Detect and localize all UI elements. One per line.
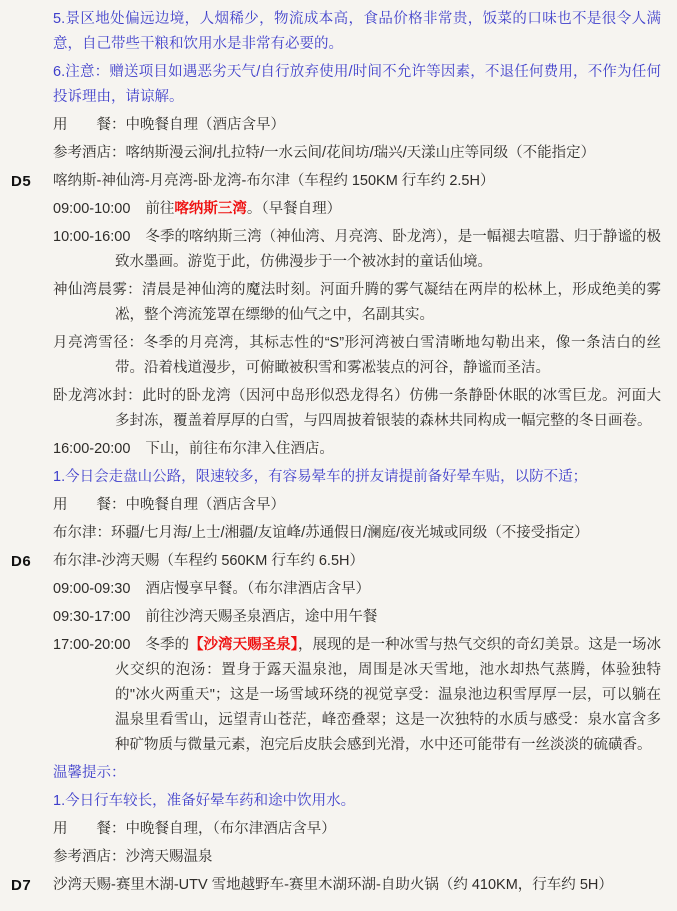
body-text: 卧龙湾冰封：此时的卧龙湾（因河中岛形似恐龙得名）仿佛一条静卧休眠的冰雪巨龙。河面…: [53, 388, 661, 429]
body-text: 用 餐：中晚餐自理（酒店含早）: [53, 497, 285, 513]
paragraph-d5-1600: 16:00-20:00下山，前往布尔津入住酒店。: [53, 437, 661, 462]
row-note-5: 5.景区地处偏远边境，人烟稀少，物流成本高，食品价格非常贵，饭菜的口味也不是很令…: [0, 7, 661, 60]
note-blue-text: 6.注意：赠送项目如遇恶劣天气/自行放弃使用/时间不允许等因素，不退任何费用，不…: [53, 64, 661, 105]
row-d5-wolongwan: 卧龙湾冰封：此时的卧龙湾（因河中岛形似恐龙得名）仿佛一条静卧休眠的冰雪巨龙。河面…: [0, 384, 661, 437]
body-text: 参考酒店：喀纳斯漫云涧/扎拉特/一水云间/花间坊/瑞兴/天漾山庄等同级（不能指定…: [53, 145, 595, 161]
row-d5-tip: 1.今日会走盘山公路，限速较多，有容易晕车的拼友请提前备好晕车贴，以防不适；: [0, 465, 661, 493]
row-d6-0900: 09:00-09:30酒店慢享早餐。（布尔津酒店含早）: [0, 577, 661, 605]
body-text: 下山，前往布尔津入住酒店。: [145, 441, 334, 457]
paragraph-d6-title: 布尔津-沙湾天赐（车程约 560KM 行车约 6.5H）: [53, 549, 661, 574]
body-text: 沙湾天赐-赛里木湖-UTV 雪地越野车-赛里木湖环湖-自助火锅（约 410KM，…: [53, 877, 613, 893]
row-d5-title: D5喀纳斯-神仙湾-月亮湾-卧龙湾-布尔津（车程约 150KM 行车约 2.5H…: [0, 169, 661, 197]
paragraph-d6-warm-tip-title: 温馨提示：: [53, 761, 661, 786]
body-text: 用 餐：中晚餐自理（酒店含早）: [53, 117, 285, 133]
note-blue-text: 1.今日行车较长，准备好晕车药和途中饮用水。: [53, 793, 355, 809]
row-d6-warm-tip-title: 温馨提示：: [0, 761, 661, 789]
row-d5-yueliangwan: 月亮湾雪径：冬季的月亮湾，其标志性的“S”形河湾被白雪清晰地勾勒出来，像一条洁白…: [0, 331, 661, 384]
paragraph-d5-tip: 1.今日会走盘山公路，限速较多，有容易晕车的拼友请提前备好晕车贴，以防不适；: [53, 465, 661, 490]
highlight-red-text: 【沙湾天赐圣泉】: [189, 637, 298, 653]
row-d5-shenxianwan: 神仙湾晨雾：清晨是神仙湾的魔法时刻。河面升腾的雾气凝结在两岸的松林上，形成绝美的…: [0, 278, 661, 331]
body-text: 前往沙湾天赐圣泉酒店，途中用午餐: [145, 609, 377, 625]
row-d6-1700: 17:00-20:00冬季的【沙湾天赐圣泉】，展现的是一种冰雪与热气交织的奇幻美…: [0, 633, 661, 761]
body-text: 冬季的喀纳斯三湾（神仙湾、月亮湾、卧龙湾），是一幅褪去喧嚣、归于静谧的极致水墨画…: [115, 229, 661, 270]
row-d4-hotels: 参考酒店：喀纳斯漫云涧/扎拉特/一水云间/花间坊/瑞兴/天漾山庄等同级（不能指定…: [0, 141, 661, 169]
time-range: 16:00-20:00: [53, 441, 130, 457]
paragraph-note-6: 6.注意：赠送项目如遇恶劣天气/自行放弃使用/时间不允许等因素，不退任何费用，不…: [53, 60, 661, 110]
paragraph-d5-title: 喀纳斯-神仙湾-月亮湾-卧龙湾-布尔津（车程约 150KM 行车约 2.5H）: [53, 169, 661, 194]
note-blue-text: 1.今日会走盘山公路，限速较多，有容易晕车的拼友请提前备好晕车贴，以防不适；: [53, 469, 587, 485]
paragraph-d6-tip: 1.今日行车较长，准备好晕车药和途中饮用水。: [53, 789, 661, 814]
row-d4-meals: 用 餐：中晚餐自理（酒店含早）: [0, 113, 661, 141]
row-d6-tip: 1.今日行车较长，准备好晕车药和途中饮用水。: [0, 789, 661, 817]
row-d5-1000: 10:00-16:00冬季的喀纳斯三湾（神仙湾、月亮湾、卧龙湾），是一幅褪去喧嚣…: [0, 225, 661, 278]
paragraph-d5-meals: 用 餐：中晚餐自理（酒店含早）: [53, 493, 661, 518]
time-range: 10:00-16:00: [53, 229, 130, 245]
body-text: 神仙湾晨雾：清晨是神仙湾的魔法时刻。河面升腾的雾气凝结在两岸的松林上，形成绝美的…: [53, 282, 661, 323]
row-d6-meals: 用 餐：中晚餐自理，（布尔津酒店含早）: [0, 817, 661, 845]
row-d5-meals: 用 餐：中晚餐自理（酒店含早）: [0, 493, 661, 521]
paragraph-d7-title: 沙湾天赐-赛里木湖-UTV 雪地越野车-赛里木湖环湖-自助火锅（约 410KM，…: [53, 873, 661, 898]
row-d6-title: D6布尔津-沙湾天赐（车程约 560KM 行车约 6.5H）: [0, 549, 661, 577]
note-blue-text: 温馨提示：: [53, 765, 126, 781]
row-d5-hotels: 布尔津：环疆/七月海/上士/湘疆/友谊峰/苏通假日/澜庭/夜光城或同级（不接受指…: [0, 521, 661, 549]
paragraph-d5-1000: 10:00-16:00冬季的喀纳斯三湾（神仙湾、月亮湾、卧龙湾），是一幅褪去喧嚣…: [53, 225, 661, 275]
row-d5-1600: 16:00-20:00下山，前往布尔津入住酒店。: [0, 437, 661, 465]
day-label-d7: D7: [0, 873, 53, 898]
paragraph-d4-hotels: 参考酒店：喀纳斯漫云涧/扎拉特/一水云间/花间坊/瑞兴/天漾山庄等同级（不能指定…: [53, 141, 661, 166]
body-text: 月亮湾雪径：冬季的月亮湾，其标志性的“S”形河湾被白雪清晰地勾勒出来，像一条洁白…: [53, 335, 661, 376]
highlight-red-text: 喀纳斯三湾: [174, 201, 247, 217]
body-text: 布尔津-沙湾天赐（车程约 560KM 行车约 6.5H）: [53, 553, 364, 569]
paragraph-d5-0900: 09:00-10:00前往喀纳斯三湾。（早餐自理）: [53, 197, 661, 222]
paragraph-d5-shenxianwan: 神仙湾晨雾：清晨是神仙湾的魔法时刻。河面升腾的雾气凝结在两岸的松林上，形成绝美的…: [53, 278, 661, 328]
time-range: 09:00-09:30: [53, 581, 130, 597]
paragraph-d4-meals: 用 餐：中晚餐自理（酒店含早）: [53, 113, 661, 138]
paragraph-d5-yueliangwan: 月亮湾雪径：冬季的月亮湾，其标志性的“S”形河湾被白雪清晰地勾勒出来，像一条洁白…: [53, 331, 661, 381]
day-label-d6: D6: [0, 549, 53, 574]
time-range: 17:00-20:00: [53, 637, 130, 653]
body-text: 喀纳斯-神仙湾-月亮湾-卧龙湾-布尔津（车程约 150KM 行车约 2.5H）: [53, 173, 494, 189]
body-text: 用 餐：中晚餐自理，（布尔津酒店含早）: [53, 821, 336, 837]
row-d5-0900: 09:00-10:00前往喀纳斯三湾。（早餐自理）: [0, 197, 661, 225]
paragraph-d6-0900: 09:00-09:30酒店慢享早餐。（布尔津酒店含早）: [53, 577, 661, 602]
body-text: 参考酒店：沙湾天赐温泉: [53, 849, 213, 865]
time-range: 09:30-17:00: [53, 609, 130, 625]
body-text: 冬季的: [145, 637, 189, 653]
time-range: 09:00-10:00: [53, 201, 130, 217]
row-note-6: 6.注意：赠送项目如遇恶劣天气/自行放弃使用/时间不允许等因素，不退任何费用，不…: [0, 60, 661, 113]
day-label-d5: D5: [0, 169, 53, 194]
paragraph-d5-hotels: 布尔津：环疆/七月海/上士/湘疆/友谊峰/苏通假日/澜庭/夜光城或同级（不接受指…: [53, 521, 661, 546]
paragraph-note-5: 5.景区地处偏远边境，人烟稀少，物流成本高，食品价格非常贵，饭菜的口味也不是很令…: [53, 7, 661, 57]
document-body: 5.景区地处偏远边境，人烟稀少，物流成本高，食品价格非常贵，饭菜的口味也不是很令…: [0, 7, 661, 901]
body-text: 酒店慢享早餐。（布尔津酒店含早）: [145, 581, 370, 597]
row-d7-title: D7沙湾天赐-赛里木湖-UTV 雪地越野车-赛里木湖环湖-自助火锅（约 410K…: [0, 873, 661, 901]
note-blue-text: 5.景区地处偏远边境，人烟稀少，物流成本高，食品价格非常贵，饭菜的口味也不是很令…: [53, 11, 661, 52]
paragraph-d5-wolongwan: 卧龙湾冰封：此时的卧龙湾（因河中岛形似恐龙得名）仿佛一条静卧休眠的冰雪巨龙。河面…: [53, 384, 661, 434]
body-text: 布尔津：环疆/七月海/上士/湘疆/友谊峰/苏通假日/澜庭/夜光城或同级（不接受指…: [53, 525, 589, 541]
row-d6-0930: 09:30-17:00前往沙湾天赐圣泉酒店，途中用午餐: [0, 605, 661, 633]
paragraph-d6-hotels: 参考酒店：沙湾天赐温泉: [53, 845, 661, 870]
itinerary-document: 5.景区地处偏远边境，人烟稀少，物流成本高，食品价格非常贵，饭菜的口味也不是很令…: [0, 0, 677, 901]
row-d6-hotels: 参考酒店：沙湾天赐温泉: [0, 845, 661, 873]
paragraph-d6-1700: 17:00-20:00冬季的【沙湾天赐圣泉】，展现的是一种冰雪与热气交织的奇幻美…: [53, 633, 661, 758]
body-text: 前往: [145, 201, 174, 217]
paragraph-d6-0930: 09:30-17:00前往沙湾天赐圣泉酒店，途中用午餐: [53, 605, 661, 630]
body-text: 。（早餐自理）: [247, 201, 341, 217]
paragraph-d6-meals: 用 餐：中晚餐自理，（布尔津酒店含早）: [53, 817, 661, 842]
body-text: ，展现的是一种冰雪与热气交织的奇幻美景。这是一场冰火交织的泡汤：置身于露天温泉池…: [115, 637, 661, 753]
